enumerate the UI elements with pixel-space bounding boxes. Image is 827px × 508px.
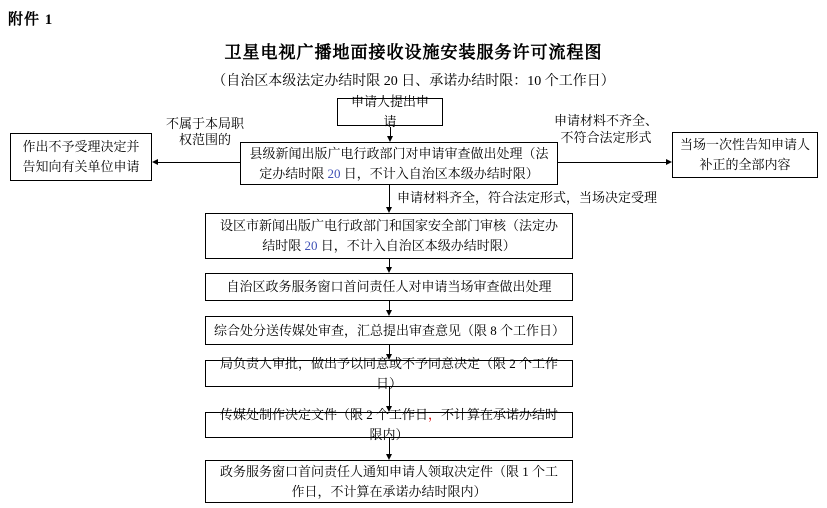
city-days-number: 20 [305,238,318,253]
page-subtitle: （自治区本级法定办结时限 20 日、承诺办结时限：10 个工作日） [0,70,827,90]
supplement-box: 当场一次性告知申请人补正的全部内容 [672,132,818,178]
media-decision-box: 传媒处制作决定文件（限 2 个工作日，不计算在承诺办结时限内） [205,412,573,438]
start-box: 申请人提出申请 [337,98,443,126]
accept-note: 申请材料齐全，符合法定形式，当场决定受理 [397,190,657,206]
arrow-down-icon [390,127,391,136]
county-review-box: 县级新闻出版广电行政部门对申请审查做出处理（法定办结时限 20 日，不计入自治区… [240,142,558,185]
window-review-label: 自治区政务服务窗口首问责任人对申请当场审查做出处理 [226,277,551,297]
city-review-box: 设区市新闻出版广电行政部门和国家安全部门审核（法定办结时限 20 日，不计入自治… [205,213,573,259]
supplement-box-label: 当场一次性告知申请人补正的全部内容 [679,135,811,175]
arrow-down-icon [389,185,390,207]
page-title: 卫星电视广播地面接收设施安装服务许可流程图 [0,38,827,63]
county-days-number: 20 [328,166,341,181]
arrow-down-icon [389,301,390,310]
reject-box: 作出不予受理决定并告知向有关单位申请 [10,133,152,181]
arrow-right-icon [558,162,666,163]
red-comma: ， [428,407,441,422]
city-review-label: 设区市新闻出版广电行政部门和国家安全部门审核（法定办结时限 20 日，不计入自治… [214,216,564,256]
start-box-label: 申请人提出申请 [346,92,434,132]
leader-approval-box: 局负责人审批，做出予以同意或不予同意决定（限 2 个工作日） [205,360,573,387]
dept-review-box: 综合处分送传媒处审查，汇总提出审查意见（限 8 个工作日） [205,316,573,345]
dept-review-label: 综合处分送传媒处审查，汇总提出审查意见（限 8 个工作日） [214,321,564,341]
reject-box-label: 作出不予受理决定并告知向有关单位申请 [17,137,145,177]
arrow-down-icon [389,259,390,267]
attachment-label: 附件 1 [8,8,53,29]
reject-note: 不属于本局职权范围的 [165,116,245,148]
arrow-down-icon [389,438,390,454]
window-review-box: 自治区政务服务窗口首问责任人对申请当场审查做出处理 [205,273,573,301]
notify-box: 政务服务窗口首问责任人通知申请人领取决定件（限 1 个工作日，不计算在承诺办结时… [205,460,573,503]
arrow-down-icon [389,387,390,406]
county-review-label: 县级新闻出版广电行政部门对申请审查做出处理（法定办结时限 20 日，不计入自治区… [249,144,549,184]
supplement-note: 申请材料不齐全、不符合法定形式 [550,112,662,146]
flowchart-page: 附件 1 卫星电视广播地面接收设施安装服务许可流程图 （自治区本级法定办结时限 … [0,0,827,508]
notify-label: 政务服务窗口首问责任人通知申请人领取决定件（限 1 个工作日，不计算在承诺办结时… [214,462,564,502]
arrow-left-icon [158,162,240,163]
